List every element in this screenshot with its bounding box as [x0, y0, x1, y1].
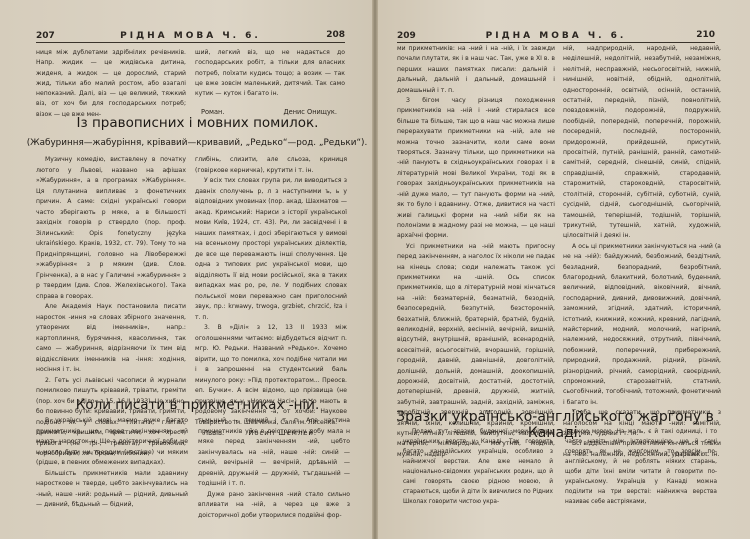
left-page-header: 207 РІДНА МОВА Ч. 6. 208 — [36, 30, 345, 43]
article3-col2: їнською мовою. На жаль, є й такі одиниці… — [565, 427, 717, 507]
right-col2: ній, надприродній, народній, недавній, н… — [563, 44, 721, 461]
article1-title: Із правописних і мовних помилок. — [20, 115, 375, 131]
book-gutter — [372, 0, 378, 539]
journal-title-right: РІДНА МОВА Ч. 6. — [397, 31, 715, 41]
article2-col2: тьмьный — темний і т. п. Але частина при… — [198, 416, 350, 521]
article2-title: Коли писати в прикметниках -ній. — [20, 397, 375, 413]
page-number-208: 208 — [326, 30, 345, 40]
page-number-210: 210 — [696, 30, 715, 40]
article1-subtitle: (Жабуриння—жабуріння, крівавий—кривавий,… — [24, 138, 370, 148]
book-spread: 207 РІДНА МОВА Ч. 6. 208 ниця між дублет… — [0, 0, 750, 539]
right-page: 209 РІДНА МОВА Ч. 6. 210 ми прикметників… — [375, 0, 750, 539]
left-col1-top: ниця між дублетами здрібнілих речівників… — [36, 48, 186, 120]
article1-col2: глибінь, слизити, але сльоза, криниця (г… — [195, 155, 347, 439]
left-col2-top: ший, легкий віз, що не надається до госп… — [195, 48, 345, 118]
article1-col1: Музичну комедію, виставлену в початку лю… — [36, 155, 186, 460]
left-page: 207 РІДНА МОВА Ч. 6. 208 ниця між дублет… — [0, 0, 375, 539]
right-page-header: 209 РІДНА МОВА Ч. 6. 210 — [397, 30, 715, 43]
article3-col1: Подаю тут зразки буденної мови різних ук… — [403, 427, 553, 507]
journal-title: РІДНА МОВА Ч. 6. — [36, 31, 345, 41]
right-col1: ми прикметників: на -ний і на -ній, і їх… — [397, 44, 555, 460]
article2-col1: В українській мові маємо дуже багато при… — [36, 416, 188, 511]
